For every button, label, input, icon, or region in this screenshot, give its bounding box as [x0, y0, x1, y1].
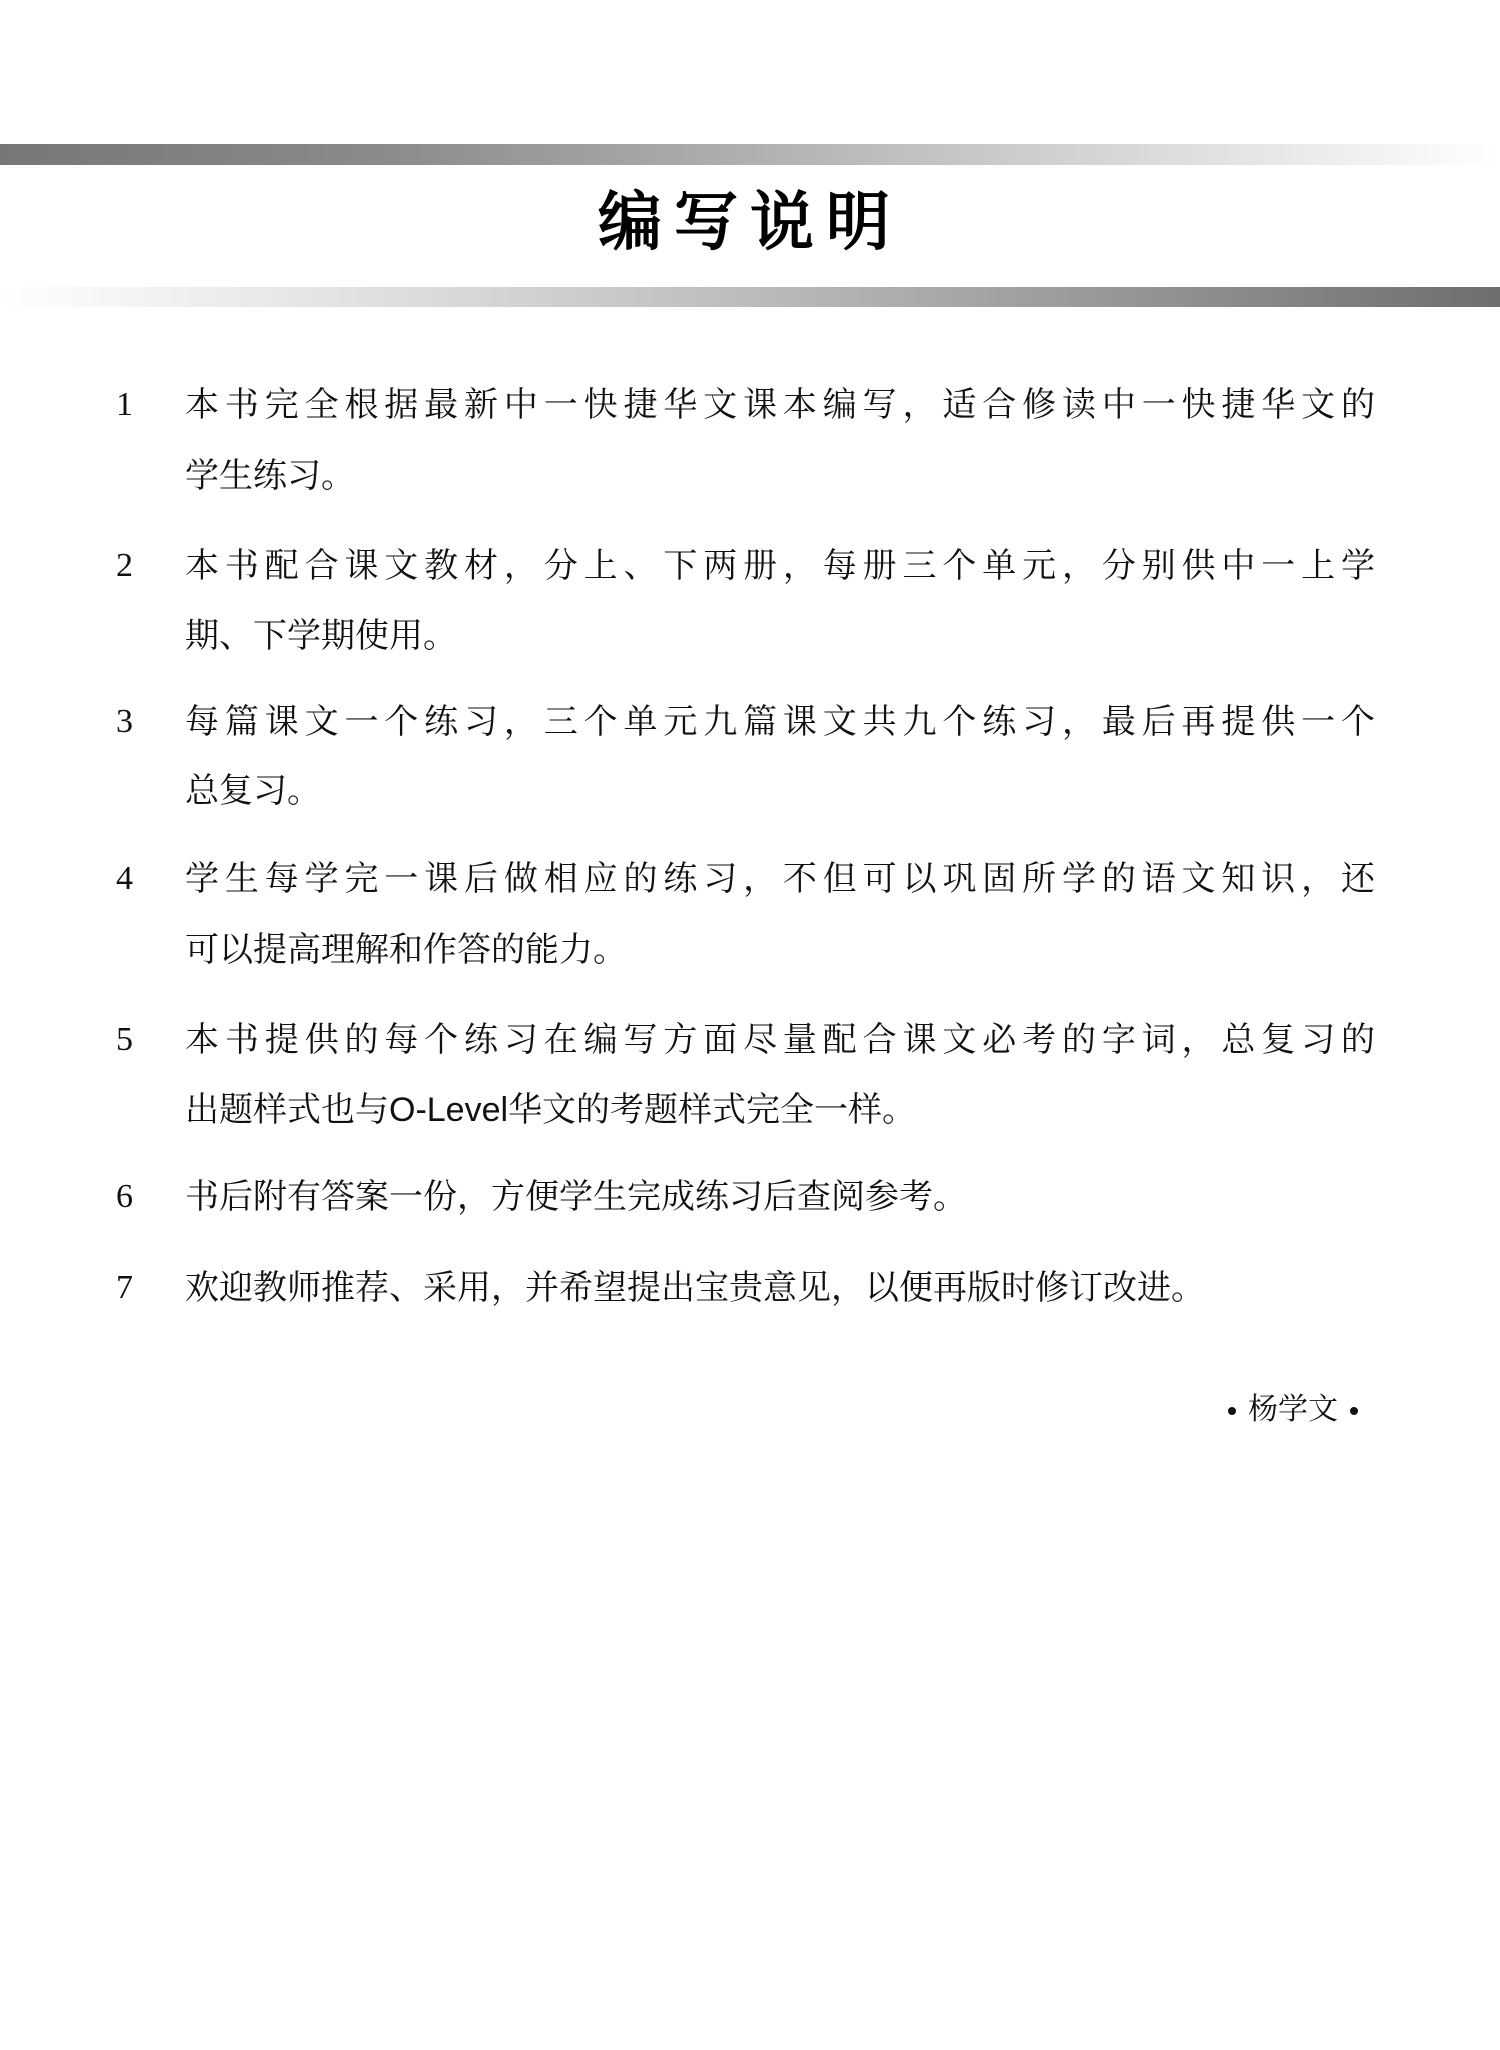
item-text-line: 欢迎教师推荐、采用，并希望提出宝贵意见，以便再版时修订改进。 [185, 1266, 1375, 1310]
item-text-line: 总复习。 [185, 769, 1375, 813]
page-title: 编写说明 [0, 183, 1500, 263]
item-number: 7 [116, 1266, 146, 1310]
item-text-line: 书后附有答案一份，方便学生完成练习后查阅参考。 [185, 1175, 1375, 1219]
item-number: 5 [116, 1018, 146, 1062]
decorative-top-bar [0, 144, 1500, 165]
item-number: 1 [116, 383, 146, 427]
item-number: 6 [116, 1175, 146, 1219]
bullet-dot-icon [1350, 1407, 1358, 1415]
text-segment: 华文的考题样式完全一样。 [508, 1090, 916, 1130]
item-number: 4 [116, 857, 146, 901]
item-number: 3 [116, 700, 146, 744]
item-text-line: 本书完全根据最新中一快捷华文课本编写，适合修读中一快捷华文的 [185, 383, 1375, 427]
item-text-line: 期、下学期使用。 [185, 614, 1375, 658]
bullet-dot-icon [1228, 1407, 1236, 1415]
item-text-line: 本书提供的每个练习在编写方面尽量配合课文必考的字词，总复习的 [185, 1018, 1375, 1062]
item-text-line: 本书配合课文教材，分上、下两册，每册三个单元，分别供中一上学 [185, 544, 1375, 588]
item-text-line: 出题样式也与O-Level华文的考题样式完全一样。 [185, 1088, 1375, 1132]
item-text-line: 学生每学完一课后做相应的练习，不但可以巩固所学的语文知识，还 [185, 857, 1375, 901]
item-text-line: 每篇课文一个练习，三个单元九篇课文共九个练习，最后再提供一个 [185, 700, 1375, 744]
item-number: 2 [116, 544, 146, 588]
decorative-bottom-bar [0, 287, 1500, 307]
author-signature: 杨学文 [1216, 1388, 1370, 1432]
exam-name: O-Level [389, 1091, 508, 1129]
item-text-line: 可以提高理解和作答的能力。 [185, 928, 1375, 972]
item-text-line: 学生练习。 [185, 454, 1375, 498]
author-name: 杨学文 [1248, 1392, 1338, 1427]
text-segment: 出题样式也与 [185, 1090, 389, 1130]
